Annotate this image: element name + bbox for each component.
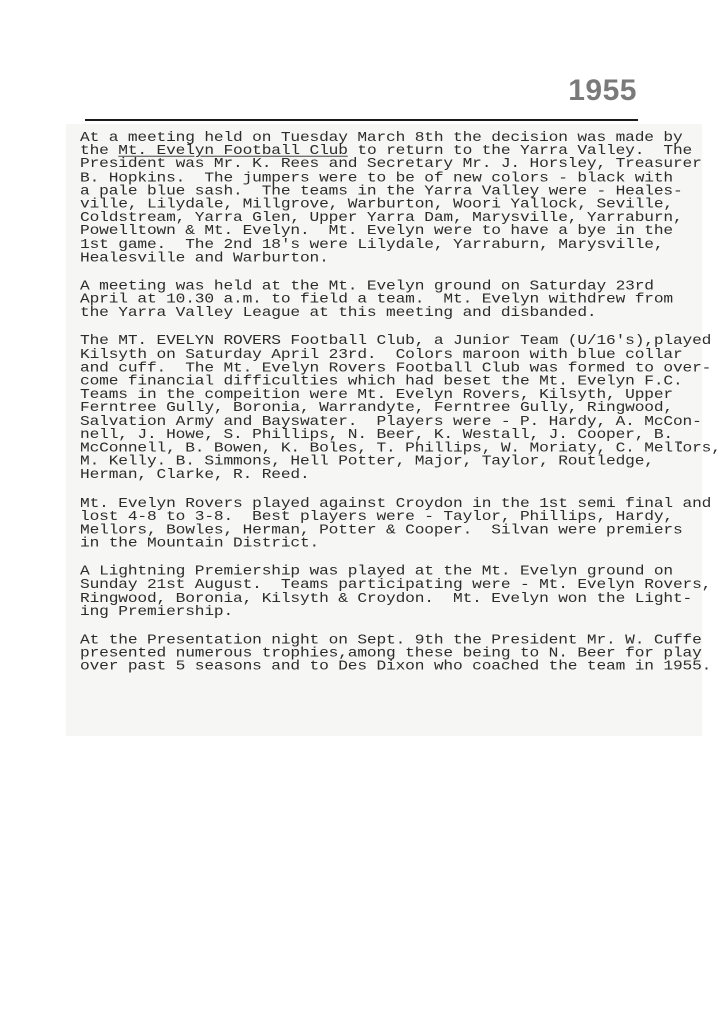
text-line: in the Mountain District.: [80, 538, 720, 551]
header-divider: [85, 119, 638, 121]
paragraph-withdrawal-meeting: A meeting was held at the Mt. Evelyn gro…: [80, 281, 720, 321]
page-title-year: 1955: [540, 74, 637, 108]
paragraph-presentation-night: At the Presentation night on Sept. 9th t…: [80, 634, 720, 674]
paragraph-semi-final: Mt. Evelyn Rovers played against Croydon…: [80, 498, 720, 551]
paragraph-lightning-premiership: A Lightning Premiership was played at th…: [80, 566, 720, 619]
paragraph-rovers-club: The MT. EVELYN ROVERS Football Club, a J…: [80, 336, 720, 483]
paragraph-club-return: At a meeting held on Tuesday March 8th t…: [80, 132, 720, 266]
text-line: ing Premiership.: [80, 606, 720, 619]
text-line: Herman, Clarke, R. Reed.: [80, 469, 720, 482]
text-line: over past 5 seasons and to Des Dixon who…: [80, 661, 720, 674]
document-body: At a meeting held on Tuesday March 8th t…: [80, 132, 720, 690]
text-line: the Yarra Valley League at this meeting …: [80, 307, 720, 320]
text-line: Healesville and Warburton.: [80, 252, 720, 265]
